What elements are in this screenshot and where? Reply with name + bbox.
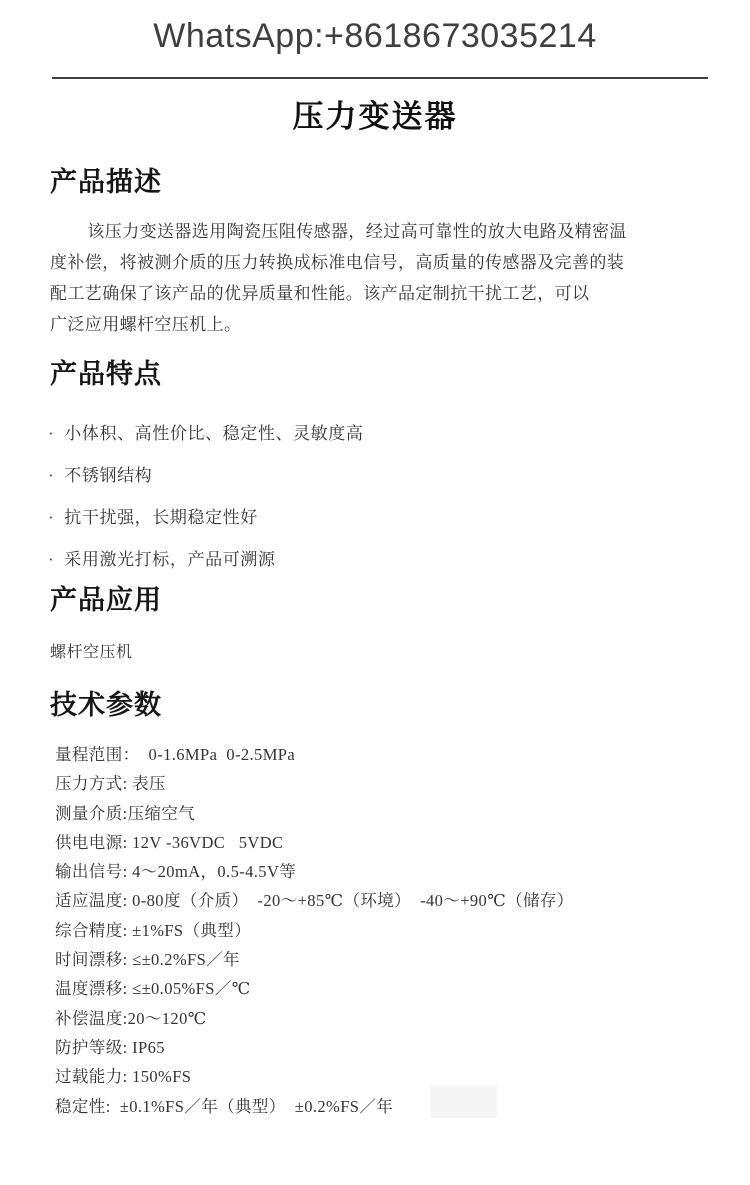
spec-row: 时间漂移: ≤±0.2%FS／年 [55, 945, 750, 974]
bullet-dot: · [48, 508, 54, 527]
section-heading-description: 产品描述 [50, 165, 750, 199]
feature-item: ·不锈钢结构 [48, 455, 750, 497]
spec-row: 输出信号: 4～20mA，0.5-4.5V等 [55, 857, 750, 886]
description-paragraph: 该压力变送器选用陶瓷压阻传感器，经过高可靠性的放大电路及精密温 度补偿，将被测介… [50, 216, 632, 340]
spec-row: 适应温度: 0-80度（介质） -20～+85℃（环境） -40～+90℃（储存… [55, 886, 750, 915]
feature-item-label: 不锈钢结构 [64, 466, 152, 485]
bullet-dot: · [48, 550, 54, 569]
description-line: 配工艺确保了该产品的优异质量和性能。该产品定制抗干扰工艺，可以 [50, 278, 632, 309]
feature-item: ·抗干扰强，长期稳定性好 [48, 497, 750, 539]
spec-row: 防护等级: IP65 [55, 1033, 750, 1062]
spec-row: 测量介质:压缩空气 [55, 799, 750, 828]
spec-row: 过载能力: 150%FS [55, 1062, 750, 1091]
spec-row: 供电电源: 12V -36VDC 5VDC [55, 828, 750, 857]
feature-item-label: 抗干扰强，长期稳定性好 [64, 508, 258, 527]
feature-list: ·小体积、高性价比、稳定性、灵敏度高 ·不锈钢结构 ·抗干扰强，长期稳定性好 ·… [48, 413, 750, 581]
whatsapp-contact: WhatsApp:+8618673035214 [0, 0, 750, 56]
description-line: 该压力变送器选用陶瓷压阻传感器，经过高可靠性的放大电路及精密温 [50, 216, 632, 247]
bullet-dot: · [48, 466, 54, 485]
header-divider [52, 77, 708, 79]
spec-row: 量程范围： 0-1.6MPa 0-2.5MPa [55, 740, 750, 769]
spec-row: 压力方式: 表压 [55, 769, 750, 798]
product-detail-page: WhatsApp:+8618673035214 压力变送器 产品描述 该压力变送… [0, 0, 750, 1185]
feature-item: ·采用激光打标，产品可溯源 [48, 539, 750, 581]
description-line: 度补偿，将被测介质的压力转换成标准电信号，高质量的传感器及完善的装 [50, 247, 632, 278]
feature-item: ·小体积、高性价比、稳定性、灵敏度高 [48, 413, 750, 455]
section-heading-specs: 技术参数 [50, 688, 750, 722]
application-text: 螺杆空压机 [50, 641, 750, 665]
feature-item-label: 采用激光打标，产品可溯源 [64, 550, 275, 569]
spec-row: 稳定性: ±0.1%FS／年（典型） ±0.2%FS／年 [55, 1092, 750, 1121]
section-heading-application: 产品应用 [50, 583, 750, 617]
watermark-removal-artifact [430, 1086, 497, 1118]
spec-row: 补偿温度:20～120℃ [55, 1004, 750, 1033]
page-title: 压力变送器 [0, 99, 750, 135]
description-line: 广泛应用螺杆空压机上。 [50, 309, 632, 340]
section-heading-features: 产品特点 [50, 357, 750, 391]
spec-row: 温度漂移: ≤±0.05%FS／℃ [55, 974, 750, 1003]
feature-item-label: 小体积、高性价比、稳定性、灵敏度高 [64, 424, 363, 443]
spec-row: 综合精度: ±1%FS（典型） [55, 916, 750, 945]
spec-list: 量程范围： 0-1.6MPa 0-2.5MPa 压力方式: 表压 测量介质:压缩… [55, 740, 750, 1121]
bullet-dot: · [48, 424, 54, 443]
